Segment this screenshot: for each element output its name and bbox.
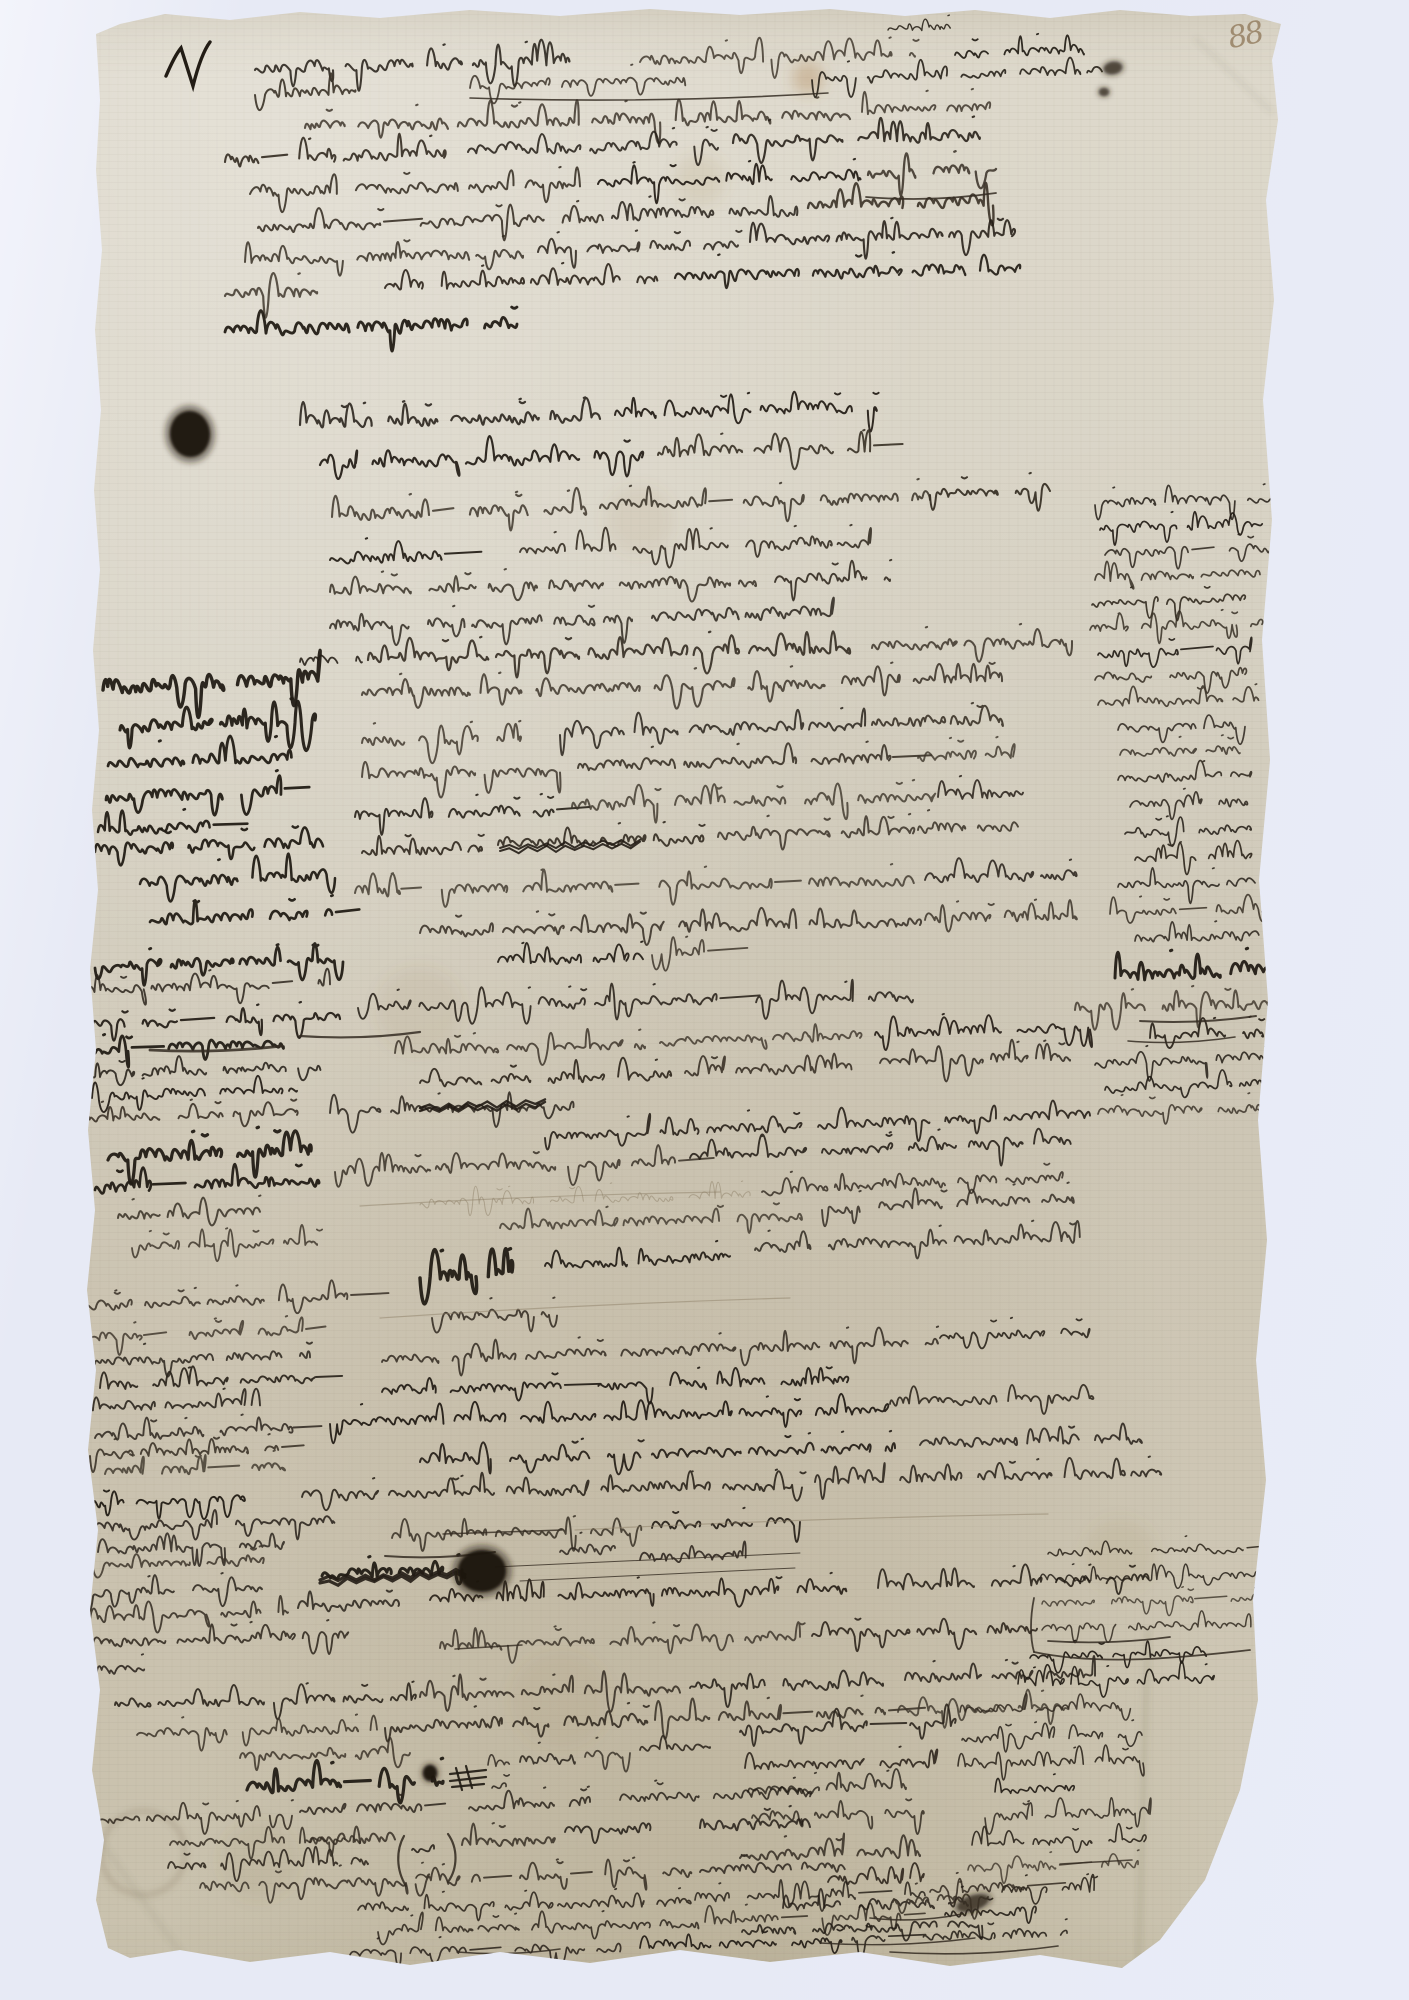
- large-parenthesis: [448, 1834, 456, 1882]
- underline: [890, 1946, 1058, 1954]
- handwritten-line: [1262, 1623, 1305, 1634]
- handwritten-line: [745, 1747, 937, 1770]
- handwritten-line: [1018, 1661, 1214, 1697]
- handwritten-line: [330, 569, 756, 602]
- handwritten-line: [585, 1738, 630, 1772]
- checkmark-icon: [166, 42, 210, 86]
- handwritten-line: [1270, 1663, 1300, 1678]
- handwritten-line: [420, 908, 921, 945]
- handwritten-line: [545, 1101, 1090, 1150]
- handwritten-line: [385, 263, 657, 290]
- manuscript-ink-layer: [0, 0, 1409, 2000]
- handwritten-line: [320, 436, 643, 479]
- handwritten-line: [90, 1316, 326, 1355]
- handwritten-line: [498, 822, 705, 846]
- handwritten-line: [335, 1145, 714, 1187]
- handwritten-line: [302, 1470, 806, 1511]
- underline: [1048, 1637, 1170, 1642]
- handwritten-line: [1130, 789, 1247, 820]
- handwritten-line: [250, 167, 580, 212]
- handwritten-line: [740, 1704, 956, 1746]
- handwritten-line: [108, 1127, 311, 1184]
- handwritten-line: [740, 1833, 920, 1859]
- handwritten-line: [1098, 637, 1252, 667]
- handwritten-line: [330, 1394, 888, 1443]
- handwritten-line: [378, 1911, 699, 1945]
- ink-blot: [1099, 88, 1109, 96]
- handwritten-line: [468, 127, 718, 165]
- handwritten-line: [620, 1778, 811, 1802]
- handwritten-line: [298, 1591, 399, 1612]
- handwritten-line: [392, 1516, 641, 1551]
- handwritten-line: [362, 666, 825, 708]
- handwritten-line: [815, 1457, 1161, 1500]
- handwritten-line: [1120, 735, 1240, 756]
- handwritten-line: [98, 809, 247, 835]
- handwritten-line: [1125, 816, 1251, 846]
- handwritten-line: [812, 58, 1102, 98]
- handwritten-line: [1118, 761, 1251, 782]
- handwritten-line: [95, 943, 343, 985]
- handwritten-line: [578, 742, 931, 771]
- handwritten-line: [1115, 948, 1270, 980]
- handwritten-line: [280, 1864, 511, 1899]
- handwritten-line: [300, 655, 362, 665]
- handwritten-line: [572, 780, 935, 823]
- handwritten-line: [872, 703, 1003, 726]
- handwritten-line: [382, 1367, 848, 1404]
- handwritten-line: [432, 1298, 557, 1333]
- ink-blot: [423, 1765, 437, 1781]
- handwritten-line: [85, 1490, 245, 1519]
- handwritten-line: [1092, 587, 1245, 621]
- handwritten-line: [938, 776, 1023, 799]
- underline: [1140, 1016, 1256, 1022]
- handwritten-line: [258, 201, 603, 241]
- handwritten-line: [95, 1343, 312, 1377]
- handwritten-line: [1266, 1637, 1344, 1652]
- handwritten-line: [225, 273, 317, 318]
- underline: [1128, 1037, 1235, 1042]
- handwritten-line: [985, 1798, 1151, 1834]
- handwritten-line: [247, 1758, 443, 1803]
- handwritten-line: [565, 1823, 650, 1843]
- crease: [98, 1838, 190, 1966]
- handwritten-line: [420, 1431, 895, 1475]
- handwritten-line: [412, 1845, 434, 1852]
- handwritten-line: [888, 15, 950, 30]
- handwritten-line: [1095, 668, 1246, 693]
- page-content: [62, 15, 1344, 1975]
- handwritten-line: [150, 895, 359, 924]
- handwritten-line: [118, 1196, 260, 1226]
- handwritten-line: [330, 538, 481, 563]
- handwritten-line: [842, 663, 1002, 696]
- handwritten-line: [862, 89, 990, 114]
- handwritten-line: [1098, 684, 1259, 706]
- handwritten-line: [95, 1415, 322, 1440]
- handwritten-line: [918, 737, 1015, 761]
- handwritten-line: [808, 183, 993, 226]
- crease: [1138, 1630, 1148, 1975]
- handwritten-line: [690, 1671, 883, 1707]
- handwritten-line: [488, 1755, 509, 1767]
- underline: [470, 93, 828, 100]
- handwritten-line: [652, 598, 834, 621]
- handwritten-line: [718, 814, 914, 850]
- handwritten-line: [958, 1745, 1144, 1780]
- handwritten-line: [925, 858, 1077, 882]
- handwritten-line: [1095, 484, 1273, 520]
- handwritten-line: [120, 698, 316, 750]
- handwritten-line: [775, 560, 891, 601]
- handwritten-line: [685, 1054, 852, 1076]
- handwritten-line: [872, 624, 1072, 662]
- handwritten-line: [640, 1930, 843, 1954]
- handwritten-line: [85, 1389, 260, 1411]
- handwritten-line: [225, 307, 517, 351]
- handwritten-line: [875, 1014, 1092, 1050]
- handwritten-line: [1090, 610, 1291, 644]
- handwritten-line: [420, 1181, 750, 1216]
- handwriting-layer: [62, 15, 1344, 1967]
- handwritten-line: [940, 1318, 1090, 1349]
- handwritten-line: [520, 525, 871, 568]
- handwritten-line: [1075, 986, 1271, 1030]
- paper-stains: [101, 62, 1156, 1900]
- handwritten-line: [85, 1620, 348, 1654]
- handwritten-line: [300, 397, 600, 427]
- handwritten-line: [890, 1385, 1093, 1414]
- handwritten-line: [88, 1654, 144, 1674]
- handwritten-line: [492, 1775, 509, 1788]
- pencil-line: [380, 1298, 790, 1318]
- handwritten-line: [520, 1858, 691, 1890]
- pencil-line: [575, 1514, 1048, 1530]
- handwritten-line: [132, 1225, 322, 1261]
- handwritten-line: [362, 835, 484, 855]
- handwritten-line: [538, 230, 742, 267]
- handwritten-line: [362, 762, 560, 798]
- handwritten-line: [300, 1787, 590, 1815]
- handwritten-line: [85, 1002, 340, 1041]
- handwritten-line: [100, 1366, 342, 1389]
- handwritten-line: [962, 1720, 1142, 1752]
- handwritten-line: [1135, 921, 1259, 942]
- handwritten-line: [255, 40, 569, 91]
- handwritten-line: [640, 37, 919, 78]
- stain: [510, 1650, 610, 1750]
- handwritten-line: [925, 900, 1077, 932]
- handwritten-line: [420, 1249, 513, 1304]
- handwritten-line: [255, 73, 355, 110]
- handwritten-line: [652, 937, 747, 971]
- stain: [376, 966, 464, 1054]
- handwritten-line: [90, 1596, 288, 1633]
- handwritten-line: [762, 1164, 1063, 1196]
- annotation-marks: [150, 42, 1256, 1954]
- handwritten-line: [330, 1092, 574, 1132]
- handwritten-line: [416, 1863, 429, 1879]
- handwritten-line: [1105, 534, 1268, 569]
- handwritten-line: [560, 1533, 615, 1555]
- handwritten-line: [1100, 512, 1262, 545]
- page-number: 88: [1225, 15, 1266, 56]
- handwritten-line: [920, 1423, 1142, 1446]
- handwritten-line: [1095, 1046, 1272, 1081]
- handwritten-line: [137, 1714, 377, 1750]
- handwritten-line: [640, 1541, 746, 1562]
- handwritten-line: [330, 606, 632, 645]
- handwritten-line: [752, 1799, 924, 1834]
- handwritten-line: [95, 1510, 334, 1540]
- handwritten-line: [108, 736, 291, 767]
- handwritten-line: [115, 1682, 416, 1720]
- handwritten-line: [750, 218, 1015, 259]
- handwritten-line: [545, 1241, 730, 1268]
- handwritten-line: [755, 1221, 1080, 1259]
- handwritten-line: [955, 34, 1084, 58]
- handwritten-line: [245, 236, 523, 276]
- handwritten-line: [362, 721, 521, 763]
- hatch-mark: [450, 1777, 486, 1781]
- handwritten-line: [655, 1696, 925, 1739]
- handwritten-line: [905, 1656, 1095, 1682]
- handwritten-line: [640, 1736, 710, 1751]
- handwritten-line: [598, 159, 861, 203]
- handwritten-line: [1135, 841, 1252, 875]
- handwritten-line: [103, 650, 320, 717]
- handwritten-line: [560, 708, 865, 755]
- handwritten-line: [995, 1774, 1074, 1793]
- handwritten-line: [88, 1056, 320, 1085]
- handwritten-line: [700, 1855, 845, 1873]
- handwritten-line: [88, 969, 330, 1005]
- underline: [820, 1938, 975, 1945]
- handwritten-line: [868, 151, 996, 195]
- handwritten-line: [1098, 1093, 1260, 1124]
- margin-bracket: [1031, 1598, 1034, 1652]
- strikethrough: [520, 1568, 795, 1581]
- stain: [606, 486, 674, 554]
- handwritten-line: [1095, 561, 1260, 588]
- handwritten-line: [968, 1850, 1139, 1883]
- handwritten-line: [470, 65, 685, 104]
- handwritten-line: [918, 810, 1018, 833]
- handwritten-line: [332, 488, 586, 530]
- handwritten-line: [85, 1100, 298, 1127]
- handwritten-line: [106, 770, 309, 815]
- handwritten-line: [1105, 1070, 1262, 1097]
- handwritten-line: [660, 1024, 862, 1049]
- handwritten-line: [1002, 1874, 1097, 1904]
- handwritten-line: [355, 794, 589, 835]
- handwritten-line: [972, 1824, 1146, 1853]
- handwritten-line: [690, 1129, 1071, 1166]
- handwritten-line: [1110, 895, 1263, 923]
- handwritten-line: [615, 392, 879, 432]
- handwritten-line: [658, 430, 903, 469]
- handwritten-line: [355, 864, 914, 907]
- handwritten-line: [382, 1327, 938, 1376]
- handwritten-line: [498, 942, 643, 965]
- handwritten-line: [350, 1937, 621, 1967]
- handwritten-line: [880, 1040, 1070, 1082]
- handwritten-line: [930, 473, 1050, 511]
- handwritten-line: [85, 1280, 389, 1313]
- ink-blot: [458, 1550, 506, 1592]
- handwritten-line: [675, 252, 1020, 288]
- handwritten-line: [1042, 1586, 1261, 1616]
- handwritten-line: [812, 1619, 1037, 1652]
- handwritten-line: [140, 854, 335, 902]
- handwritten-line: [930, 1873, 1065, 1903]
- large-parenthesis: [398, 1836, 406, 1886]
- handwritten-line: [500, 1203, 802, 1233]
- handwritten-line: [368, 631, 850, 677]
- handwritten-line: [960, 1694, 1130, 1720]
- handwritten-line: [1118, 715, 1245, 744]
- scanned-document: 88: [0, 0, 1409, 2000]
- handwritten-line: [462, 1823, 555, 1846]
- handwritten-line: [1048, 1536, 1271, 1556]
- handwritten-line: [225, 134, 446, 167]
- handwritten-line: [240, 1738, 410, 1770]
- handwritten-line: [85, 1546, 264, 1578]
- hatch-mark: [452, 1784, 484, 1787]
- handwritten-line: [440, 1622, 805, 1663]
- ink-blots: [163, 59, 1126, 1918]
- handwritten-line: [822, 1183, 1074, 1227]
